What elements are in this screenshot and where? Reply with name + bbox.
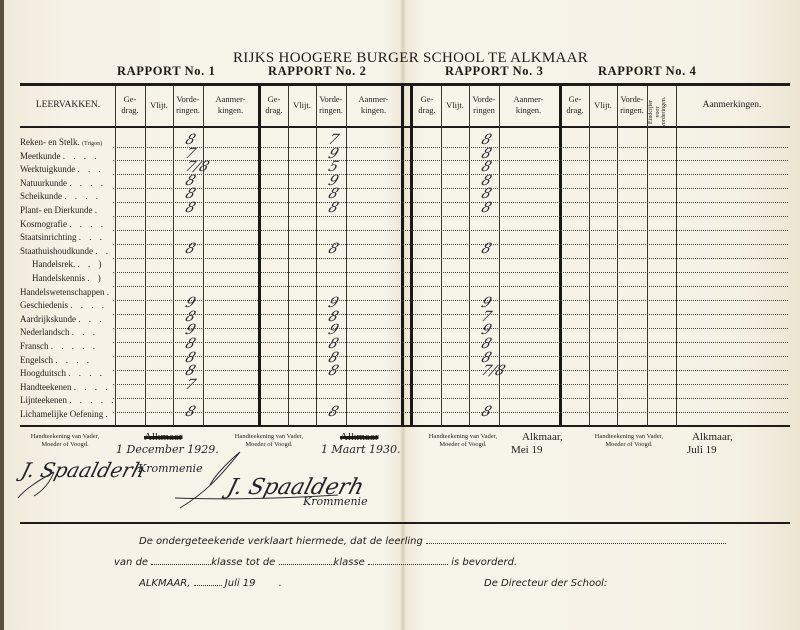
subject-row: Engelsch . . . . — [20, 355, 92, 365]
grade-vorderingen-report-3: 8 — [480, 188, 493, 200]
row-rule — [113, 230, 788, 231]
row-rule — [113, 356, 788, 357]
row-rule — [113, 272, 788, 273]
report-3-heading: RAPPORT No. 3 — [445, 64, 543, 79]
header-vorderingen-1: Vorde-ringen. — [173, 94, 203, 116]
subject-name: Handelsrek. — [32, 259, 77, 269]
subject-name: Hoogduitsch — [20, 368, 68, 378]
subject-row: Handteekenen . . . . — [20, 382, 110, 392]
header-vorderingen-4: Vorde-ringen. — [617, 94, 647, 116]
signature-label-1: Handteekening van Vader,Moeder of Voogd. — [10, 433, 120, 449]
header-aanmerkingen-2: Aanmer-kingen. — [346, 94, 401, 116]
header-gedrag-3: Ge-drag. — [413, 94, 441, 116]
grade-vorderingen-report-1: 9 — [184, 297, 197, 309]
leader-dots: . ) — [87, 273, 104, 283]
subject-row: Aardrijkskunde . . . — [20, 314, 105, 324]
subject-row: Plant- en Dierkunde . — [20, 205, 100, 215]
subject-name: Handteekenen — [20, 382, 74, 392]
place-struck-2: Alkmaar — [340, 431, 378, 443]
column-divider — [469, 86, 470, 426]
signature-label-2: Handteekening van Vader,Moeder of Voogd. — [214, 433, 324, 449]
header-gedrag-1: Ge-drag. — [116, 94, 144, 116]
leader-dots: . — [95, 205, 100, 215]
subject-row: Natuurkunde . . . . — [20, 178, 106, 188]
header-aanmerkingen-4: Aanmerkingen. — [676, 100, 788, 111]
leader-dots: . . — [95, 246, 111, 256]
subject-name: Aardrijkskunde — [20, 314, 78, 324]
subject-name: Natuurkunde — [20, 178, 69, 188]
grade-vorderingen-report-1: 9 — [184, 324, 197, 336]
place-report-3: Alkmaar, — [522, 431, 563, 443]
header-aanmerkingen-3: Aanmer-kingen. — [499, 94, 558, 116]
row-rule — [113, 412, 788, 413]
header-vlijt-3: Vlijt. — [441, 100, 469, 111]
row-rule — [113, 188, 788, 189]
signature-label-3: Handteekening van Vader,Moeder of Voogd. — [408, 433, 518, 449]
header-vorderingen-3: Vorde-ringen — [469, 94, 499, 116]
signature-label-4: Handteekening van Vader,Moeder of Voogd. — [574, 433, 684, 449]
subject-name: Geschiedenis — [20, 300, 70, 310]
grade-vorderingen-report-1: 8 — [184, 338, 197, 350]
grade-vorderingen-report-3: 8 — [480, 202, 493, 214]
grade-vorderingen-report-2: 9 — [327, 297, 340, 309]
subject-row: Lichamelijke Oefening . — [20, 409, 111, 419]
grade-vorderingen-report-1: 8 — [184, 311, 197, 323]
grade-vorderingen-report-2: 9 — [327, 324, 340, 336]
subject-name: Scheikunde — [20, 191, 64, 201]
grade-vorderingen-report-1: 8 — [184, 352, 197, 364]
report-4-heading: RAPPORT No. 4 — [598, 64, 696, 79]
leader-dots: . . . . . — [51, 341, 98, 351]
grade-vorderingen-report-3: 9 — [480, 324, 493, 336]
leader-dots: . . . — [78, 314, 104, 324]
header-eindcijfer: Eindcijfervoorvorderingen. — [648, 92, 668, 132]
leader-dots: . . . . — [69, 219, 106, 229]
from-class-field[interactable] — [151, 557, 211, 565]
declaration-line-3: ALKMAAR, Juli 19 . — [139, 578, 282, 589]
report-2-heading: RAPPORT No. 2 — [268, 64, 366, 79]
subject-row: Handelswetenschappen . — [20, 287, 112, 297]
report-divider — [401, 86, 404, 426]
subject-name: Kosmografie — [20, 219, 69, 229]
grade-vorderingen-report-1: 8 — [184, 188, 197, 200]
leader-dots: . — [107, 287, 112, 297]
row-rule — [113, 370, 788, 371]
subject-name: Meetkunde — [20, 151, 63, 161]
row-rule — [113, 160, 788, 161]
declaration-line-2: van de klasse tot de klasse is bevorderd… — [114, 557, 517, 568]
grade-vorderingen-report-2: 5 — [327, 161, 340, 173]
grade-vorderingen-report-2: 8 — [327, 338, 340, 350]
place-report-4: Alkmaar, — [692, 431, 733, 443]
leader-dots: . . . — [79, 232, 105, 242]
subject-name: Reken- en Stelk. — [20, 137, 82, 147]
column-divider — [589, 86, 590, 426]
subject-row: Geschiedenis . . . . — [20, 300, 107, 310]
grade-vorderingen-report-3: 8 — [480, 161, 493, 173]
report-card-page: RIJKS HOOGERE BURGER SCHOOL TE ALKMAAR R… — [0, 0, 800, 630]
grade-vorderingen-report-3: 7/8 — [480, 365, 507, 377]
grade-vorderingen-report-2: 8 — [327, 188, 340, 200]
table-bottom-rule — [20, 425, 790, 427]
signature-flourish-1 — [14, 470, 74, 500]
subject-row: Staathuishoudkunde . . — [20, 246, 111, 256]
subject-row: Lijnteekenen . . . . . — [20, 395, 116, 405]
column-divider — [145, 86, 146, 426]
leader-dots: . . . . — [55, 355, 92, 365]
class-extra-field[interactable] — [368, 557, 448, 565]
date-report-3: Mei 19 — [511, 444, 542, 456]
subject-name: Fransch — [20, 341, 51, 351]
day-field[interactable] — [194, 578, 222, 586]
header-vorderingen-2: Vorde-ringen. — [316, 94, 346, 116]
column-divider — [617, 86, 618, 426]
subject-name: Staatsinrichting — [20, 232, 79, 242]
subject-name: Handelskennis — [32, 273, 87, 283]
grade-vorderingen-report-3: 8 — [480, 338, 493, 350]
row-rule — [113, 244, 788, 245]
row-rule — [113, 342, 788, 343]
subject-name: Plant- en Dierkunde — [20, 205, 95, 215]
header-subjects: LEERVAKKEN. — [22, 100, 114, 111]
grade-vorderingen-report-3: 8 — [480, 352, 493, 364]
row-rule — [113, 300, 788, 301]
grade-vorderingen-report-1: 8 — [184, 202, 197, 214]
leader-dots: . . . . — [74, 382, 111, 392]
subject-row: Hoogduitsch . . . . — [20, 368, 105, 378]
grade-vorderingen-report-1: 7 — [184, 148, 197, 160]
grade-vorderingen-report-2: 7 — [327, 134, 340, 146]
column-divider — [676, 86, 677, 426]
grade-vorderingen-report-2: 8 — [327, 202, 340, 214]
header-vlijt-4: Vlijt. — [589, 100, 617, 111]
row-rule — [113, 286, 788, 287]
header-gedrag-2: Ge-drag. — [260, 94, 288, 116]
column-divider — [288, 86, 289, 426]
leader-dots: . — [105, 409, 110, 419]
subject-row: Kosmografie . . . . — [20, 219, 106, 229]
header-aanmerkingen-1: Aanmer-kingen. — [203, 94, 258, 116]
to-class-field[interactable] — [279, 557, 334, 565]
grade-vorderingen-report-2: 8 — [327, 311, 340, 323]
report-1-heading: RAPPORT No. 1 — [117, 64, 215, 79]
grade-vorderingen-report-3: 9 — [480, 297, 493, 309]
row-rule — [113, 384, 788, 385]
leader-dots: . . . — [78, 164, 104, 174]
subject-row: Handelsrek. . . ) — [32, 259, 104, 269]
report-divider — [410, 86, 413, 426]
subject-row: Werktuigkunde . . . — [20, 164, 104, 174]
report-divider — [258, 86, 261, 426]
subject-row: Handelskennis . ) — [32, 273, 104, 283]
subject-row: Fransch . . . . . — [20, 341, 98, 351]
leader-dots: . . . . — [63, 151, 100, 161]
grade-vorderingen-report-1: 8 — [184, 175, 197, 187]
grade-vorderingen-report-2: 9 — [327, 148, 340, 160]
subject-row: Reken- en Stelk. (Trigon) — [20, 137, 102, 147]
row-rule — [113, 202, 788, 203]
signature-bottom-rule — [20, 522, 790, 524]
grade-vorderingen-report-2: 9 — [327, 175, 340, 187]
leader-dots: . . . . — [68, 368, 105, 378]
grade-vorderingen-report-2: 8 — [327, 352, 340, 364]
grade-vorderingen-report-3: 8 — [480, 134, 493, 146]
subject-row: Nederlandsch . . . — [20, 327, 98, 337]
header-vlijt-2: Vlijt. — [288, 100, 316, 111]
subject-name: Lijnteekenen — [20, 395, 69, 405]
report-divider — [559, 86, 562, 426]
row-rule — [113, 216, 788, 217]
subject-name: Lichamelijke Oefening — [20, 409, 105, 419]
header-gedrag-4: Ge-drag. — [561, 94, 589, 116]
row-rule — [113, 147, 788, 148]
row-rule — [113, 314, 788, 315]
leader-dots: . . . . — [70, 300, 107, 310]
leader-dots: . . . . — [64, 191, 101, 201]
subject-name: Nederlandsch — [20, 327, 72, 337]
leader-dots: . . . . . — [69, 395, 116, 405]
date-report-4: Juli 19 — [687, 444, 717, 456]
table-header-rule — [20, 126, 790, 128]
grade-vorderingen-report-3: 8 — [480, 175, 493, 187]
grade-vorderingen-report-1: 8 — [184, 134, 197, 146]
page-edge — [0, 0, 4, 630]
column-divider — [203, 86, 204, 426]
column-divider — [115, 86, 116, 426]
subject-row: Staatsinrichting . . . — [20, 232, 105, 242]
column-divider — [346, 86, 347, 426]
place-struck-1: Alkmaar — [144, 431, 182, 443]
subject-row: Meetkunde . . . . — [20, 151, 100, 161]
subject-name: Staathuishoudkunde — [20, 246, 95, 256]
leader-dots: . . . — [72, 327, 98, 337]
column-divider — [316, 86, 317, 426]
subject-note: (Trigon) — [82, 141, 102, 147]
subject-row: Scheikunde . . . . — [20, 191, 101, 201]
row-rule — [113, 328, 788, 329]
column-divider — [441, 86, 442, 426]
signature-flourish-2 — [170, 450, 340, 510]
subject-name: Handelswetenschappen — [20, 287, 107, 297]
declaration-line-1: De ondergeteekende verklaart hiermede, d… — [139, 536, 726, 547]
table-top-rule — [20, 83, 790, 86]
column-divider — [647, 86, 648, 426]
leader-dots: . . ) — [77, 259, 104, 269]
leader-dots: . . . . — [69, 178, 106, 188]
director-signature-label: De Directeur der School: — [484, 578, 607, 589]
row-rule — [113, 398, 788, 399]
grade-vorderingen-report-3: 7 — [480, 311, 493, 323]
grade-vorderingen-report-3: 8 — [480, 148, 493, 160]
grade-vorderingen-report-2: 8 — [327, 365, 340, 377]
student-name-field[interactable] — [426, 536, 726, 544]
header-vlijt-1: Vlijt. — [145, 100, 173, 111]
subject-name: Werktuigkunde — [20, 164, 78, 174]
row-rule — [113, 258, 788, 259]
row-rule — [113, 174, 788, 175]
grade-vorderingen-report-1: 8 — [184, 365, 197, 377]
subject-name: Engelsch — [20, 355, 55, 365]
grade-vorderingen-report-1: 7/8 — [184, 161, 211, 173]
column-divider — [173, 86, 174, 426]
